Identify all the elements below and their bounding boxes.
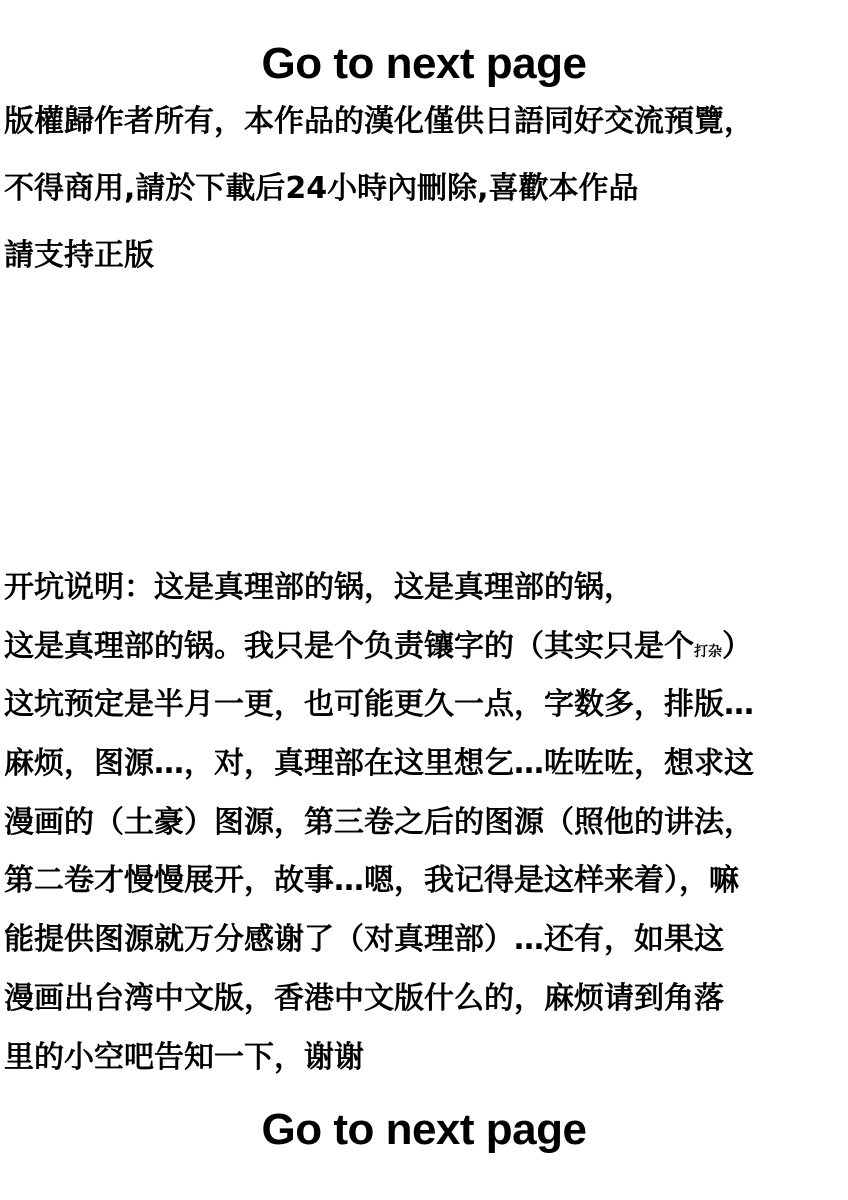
notes-line: 漫画的（土豪）图源，第三卷之后的图源（照他的讲法， bbox=[4, 797, 848, 856]
notes-line: 里的小空吧告知一下，谢谢 bbox=[4, 1032, 848, 1091]
disclaimer-line: 版權歸作者所有，本作品的漢化僅供日語同好交流預覽， bbox=[4, 100, 848, 167]
notes-line: 能提供图源就万分感谢了（对真理部）…还有，如果这 bbox=[4, 914, 848, 973]
notes-line: 第二卷才慢慢展开，故事…嗯，我记得是这样来着），嘛 bbox=[4, 855, 848, 914]
go-to-next-page-link-top[interactable]: Go to next page bbox=[0, 38, 848, 90]
notes-line: 这是真理部的锅。我只是个负责镶字的（其实只是个打杂） bbox=[4, 621, 848, 680]
notes-line: 漫画出台湾中文版，香港中文版什么的，麻烦请到角落 bbox=[4, 973, 848, 1032]
notes-line-text: 这是真理部的锅。我只是个负责镶字的（其实只是个 bbox=[4, 629, 694, 664]
notes-line: 这坑预定是半月一更，也可能更久一点，字数多，排版… bbox=[4, 679, 848, 738]
notes-line: 开坑说明：这是真理部的锅，这是真理部的锅， bbox=[4, 562, 848, 621]
copyright-disclaimer: 版權歸作者所有，本作品的漢化僅供日語同好交流預覽， 不得商用,請於下載后24小時… bbox=[4, 100, 848, 301]
small-aside-text: 打杂 bbox=[694, 644, 722, 660]
notes-line: 麻烦，图源…，对，真理部在这里想乞…咗咗咗，想求这 bbox=[4, 738, 848, 797]
translator-notes: 开坑说明：这是真理部的锅，这是真理部的锅， 这是真理部的锅。我只是个负责镶字的（… bbox=[4, 562, 848, 1090]
go-to-next-page-link-bottom[interactable]: Go to next page bbox=[0, 1104, 848, 1156]
closing-paren: ） bbox=[722, 629, 752, 664]
disclaimer-line: 請支持正版 bbox=[4, 234, 848, 301]
disclaimer-line: 不得商用,請於下載后24小時內刪除,喜歡本作品 bbox=[4, 167, 848, 234]
